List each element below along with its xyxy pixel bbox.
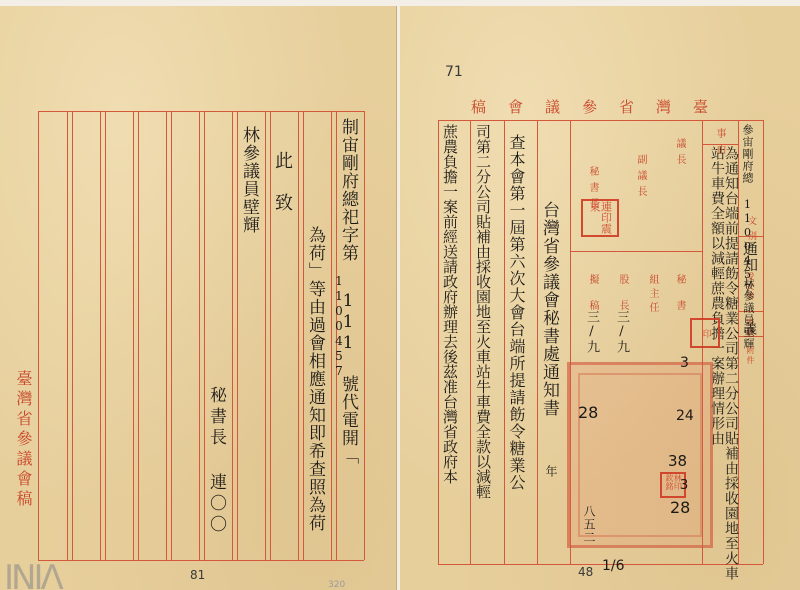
right-footer-mark: 48	[578, 565, 593, 579]
routing-dispatch-year: 38	[668, 452, 687, 470]
body-col-1: 查本會第一屆第六次大會台端所提請飭令糖業公	[508, 134, 524, 491]
page-number-pencil: 71	[445, 64, 463, 80]
routing-draft-sig: 三/九	[585, 310, 598, 354]
frame-left-rule	[38, 111, 39, 560]
doc-type-value: 通知	[742, 241, 757, 273]
left-footer-mark: 81	[190, 568, 205, 582]
recipient-value: 林參議員壁輝	[743, 278, 754, 350]
left-side-title: 臺灣省參議會稿	[12, 370, 35, 510]
routing-dispatch-number: 八五二	[583, 505, 595, 544]
left-page: 臺灣省參議會稿 制宙剛府總祀字第 1100457 111 號代電開「 為荷」等由…	[0, 6, 397, 590]
frame-right-rule	[364, 111, 365, 560]
left-col-3: 為荷」等由過會相應通知即希查照為荷	[306, 226, 323, 532]
label-speaker: 議長	[672, 138, 687, 170]
frame-top-rule	[38, 111, 364, 112]
form-header-title: 臺灣省參議會稿	[470, 96, 730, 117]
archive-watermark-logo: INIΛ	[4, 558, 61, 590]
date-line: 年	[545, 465, 557, 487]
left-col-5: 林參議員壁輝	[240, 126, 257, 234]
label-deputy-speaker: 副議長	[633, 154, 648, 202]
left-footer-pencil: 320	[328, 580, 345, 590]
routing-dispatch-month: 3	[680, 478, 688, 493]
routing-proofread-day: 28	[578, 403, 598, 422]
label-secretary: 秘書	[672, 274, 687, 326]
body-col-2: 司第二分公司貼補由採收園地至火車站牛車費全款以減輕	[475, 124, 490, 499]
body-col-title: 台灣省參議會秘書處通知書	[540, 201, 557, 417]
body-col-3: 蔗農負擔一案前經送請政府辦理去後茲准台灣省政府本	[442, 124, 457, 484]
right-footer-fraction: 1/6	[602, 558, 625, 574]
routing-transcribe-day: 24	[676, 408, 694, 424]
routing-unit-sig: 三/九	[615, 310, 628, 354]
label-section-chief: 組主任	[645, 274, 660, 316]
frame-bottom-rule	[38, 560, 364, 561]
secret-level-value: 義	[742, 322, 755, 336]
left-col-2: 111 號代電開「	[339, 291, 356, 465]
left-col-1: 制宙剛府總祀字第	[339, 118, 356, 262]
routing-transcribe-month: 3	[680, 355, 689, 371]
secretary-seal: 印	[690, 318, 720, 348]
left-col-6-signature: 秘書長 連〇〇	[207, 386, 224, 536]
secretary-general-seal: 連印震東	[581, 199, 619, 237]
subject-text: 為通知台端前提請飭令糖業公司第二分公司貼補由採收園地至火車站牛車費全額以減輕蔗農…	[710, 146, 738, 590]
routing-dispatch-day: 28	[670, 498, 690, 517]
left-col-4: 此致	[273, 151, 291, 235]
